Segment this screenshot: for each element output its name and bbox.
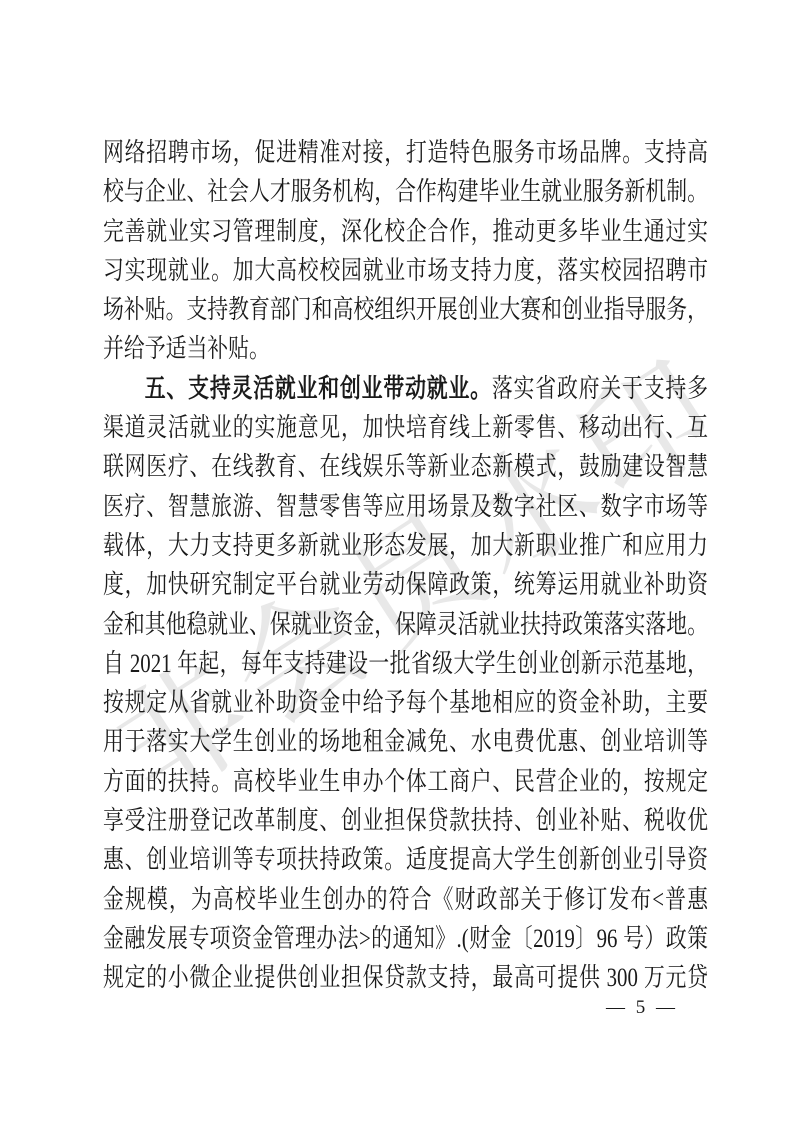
text-line: 场补贴。支持教育部门和高校组织开展创业大赛和创业指导服务，: [103, 290, 708, 329]
document-page: 非会员水印 网络招聘市场，促进精准对接，打造特色服务市场品牌。支持高 校与企业、…: [0, 0, 794, 1130]
body-text: 网络招聘市场，促进精准对接，打造特色服务市场品牌。支持高 校与企业、社会人才服务…: [103, 133, 708, 998]
section-heading: 五、支持灵活就业和创业带动就业。: [145, 374, 492, 403]
text-line: 校与企业、社会人才服务机构，合作构建毕业生就业服务新机制。: [103, 172, 708, 211]
section-heading-line: 五、支持灵活就业和创业带动就业。落实省政府关于支持多: [103, 369, 708, 408]
text-line: 自 2021 年起，每年支持建设一批省级大学生创业创新示范基地，: [103, 644, 708, 683]
text-line: 完善就业实习管理制度，深化校企合作，推动更多毕业生通过实: [103, 212, 708, 251]
section-heading-tail: 落实省政府关于支持多: [492, 374, 708, 403]
text-line: 方面的扶持。高校毕业生申办个体工商户、民营企业的，按规定: [103, 762, 708, 801]
paragraph-last-line: 并给予适当补贴。: [103, 329, 708, 368]
text-line: 按规定从省就业补助资金中给予每个基地相应的资金补助，主要: [103, 683, 708, 722]
text-line: 金和其他稳就业、保就业资金，保障灵活就业扶持政策落实落地。: [103, 605, 708, 644]
text-line: 享受注册登记改革制度、创业担保贷款扶持、创业补贴、税收优: [103, 801, 708, 840]
text-line: 惠、创业培训等专项扶持政策。适度提高大学生创新创业引导资: [103, 840, 708, 879]
text-line: 载体，大力支持更多新就业形态发展，加大新职业推广和应用力: [103, 526, 708, 565]
page-number: — 5 —: [606, 997, 678, 1019]
text-line: 网络招聘市场，促进精准对接，打造特色服务市场品牌。支持高: [103, 133, 708, 172]
text-line: 医疗、智慧旅游、智慧零售等应用场景及数字社区、数字市场等: [103, 487, 708, 526]
text-line: 联网医疗、在线教育、在线娱乐等新业态新模式，鼓励建设智慧: [103, 447, 708, 486]
text-line: 金融发展专项资金管理办法>的通知》.(财金〔2019〕96 号）政策: [103, 919, 708, 958]
text-line: 习实现就业。加大高校校园就业市场支持力度，落实校园招聘市: [103, 251, 708, 290]
text-line: 规定的小微企业提供创业担保贷款支持，最高可提供 300 万元贷: [103, 958, 708, 997]
text-line: 度，加快研究制定平台就业劳动保障政策，统筹运用就业补助资: [103, 565, 708, 604]
text-line: 渠道灵活就业的实施意见，加快培育线上新零售、移动出行、互: [103, 408, 708, 447]
text-line: 金规模，为高校毕业生创办的符合《财政部关于修订发布<普惠: [103, 880, 708, 919]
text-line: 用于落实大学生创业的场地租金减免、水电费优惠、创业培训等: [103, 722, 708, 761]
